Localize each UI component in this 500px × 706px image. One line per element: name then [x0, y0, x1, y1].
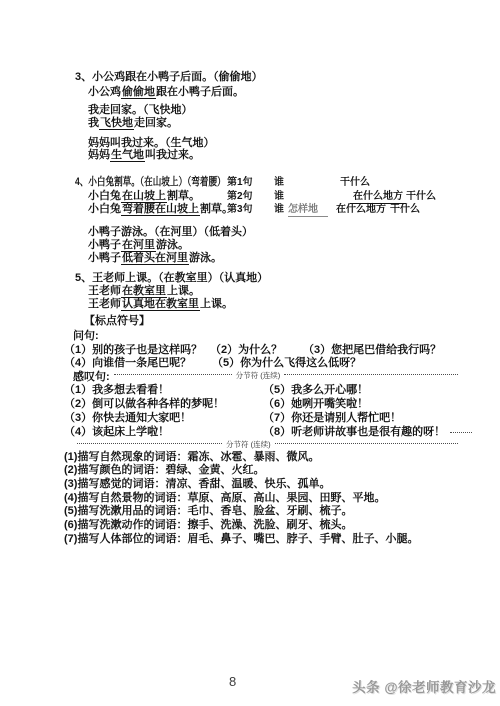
item5-answer-1: 王老师在教室里上课。 — [88, 285, 200, 298]
dotted-line — [284, 372, 458, 375]
text-segment: 小鸭子 — [88, 252, 121, 264]
what-label: 干什么 — [406, 190, 436, 203]
text-segment: 王老师 — [88, 298, 121, 310]
item5-answer-2: 王老师认真地在教室里上课。 — [88, 298, 233, 311]
dotted-line — [77, 441, 222, 444]
item3-question-1: 3、小公鸡跟在小鸭子后面。（偷偷地） — [75, 71, 263, 84]
who-label: 谁 — [274, 176, 284, 189]
question-item: （3）您把尾巴借给我行吗？ — [303, 344, 441, 357]
watermark: 头条 @徐老师教育沙龙 — [352, 676, 496, 696]
question-item: （2）为什么？ — [210, 344, 282, 357]
text-segment: 上课。 — [167, 285, 200, 297]
section-break-rule-1: 感叹句: 分节符 (连续) — [73, 369, 460, 382]
section-break-label: 分节符 (连续) — [224, 439, 273, 450]
what-label: 干什么 — [390, 203, 420, 216]
text-segment: 上课。 — [200, 298, 233, 310]
word-list-item: (5)描写洗漱用品的词语：毛巾、香皂、脸盆、牙刷、梳子。 — [64, 505, 352, 518]
exclamation-item: （7）你还是请别人帮忙吧！ — [263, 412, 401, 425]
underlined-segment: 弯着腰在山坡上 — [121, 203, 200, 216]
text-segment: 割草。 — [167, 190, 200, 202]
sentence-number-label: 第2句 — [227, 190, 253, 203]
worksheet-page: 3、小公鸡跟在小鸭子后面。（偷偷地） 小公鸡偷偷地跟在小鸭子后面。 我走回家。（… — [0, 0, 500, 706]
word-list-item: (1)描写自然现象的词语：霜冻、冰雹、暴雨、微风。 — [64, 451, 319, 464]
word-list-item: (7)描写人体部位的词语：眉毛、鼻子、嘴巴、脖子、手臂、肚子、小腿。 — [64, 533, 418, 546]
dotted-line — [114, 372, 232, 375]
sentence-number-label: 第1句 — [227, 176, 253, 189]
item3-answer-3: 妈妈生气地叫我过来。 — [88, 149, 200, 162]
underlined-segment: 飞快地 — [99, 117, 134, 130]
word-list-item: (2)描写颜色的词语：碧绿、金黄、火红。 — [64, 464, 264, 477]
text-segment: 王老师 — [88, 285, 121, 297]
dotted-line — [450, 430, 472, 433]
underlined-segment: 在教室里 — [121, 285, 167, 298]
exclamation-sentences-label: 感叹句: — [73, 368, 110, 384]
section-break-rule-2: 分节符 (连续) — [75, 438, 460, 451]
item5-question: 5、王老师上课。（在教室里）（认真地） — [75, 272, 268, 285]
item3-answer-1: 小公鸡偷偷地跟在小鸭子后面。 — [88, 86, 244, 99]
item4-sentence: 小白兔在山坡上割草。 — [88, 190, 200, 203]
text-segment: 游泳。 — [156, 239, 189, 251]
text-segment: 跟在小鸭子后面。 — [156, 86, 244, 98]
word-list-item: (6)描写洗漱动作的词语：擦手、洗澡、洗脸、刷牙、梳头。 — [64, 519, 352, 532]
underlined-segment: 在山坡上 — [121, 190, 167, 203]
text-segment: 小白兔 — [88, 203, 121, 215]
text-segment: 走回家。 — [134, 117, 178, 129]
who-label: 谁 — [274, 190, 284, 203]
underlined-segment: 在河里 — [121, 239, 156, 252]
question-item: （1）别的孩子也是这样吗？ — [64, 344, 202, 357]
item4-duck-answer-1: 小鸭子在河里游泳。 — [88, 239, 189, 252]
text-segment: 4、小白兔割草。（在山坡上）（弯着腰） — [75, 176, 226, 189]
word-list-item: (3)描写感觉的词语：清凉、香甜、温暖、快乐、孤单。 — [64, 478, 330, 491]
page-number: 8 — [229, 674, 236, 689]
exclamation-item: （2）倒可以做各种各样的梦呢！ — [64, 398, 224, 411]
underlined-segment: 低着头在河里 — [121, 252, 189, 265]
underlined-segment: 认真地在教室里 — [121, 298, 200, 311]
text-segment: 妈妈 — [88, 149, 110, 161]
exclamation-item: （6）她咧开嘴笑啦！ — [263, 398, 368, 411]
punctuation-heading: 【标点符号】 — [84, 315, 150, 328]
text-segment: 叫我过来。 — [145, 149, 200, 161]
word-list-item: (4)描写自然景物的词语：草原、高原、高山、果园、田野、平地。 — [64, 492, 385, 505]
sentence-number-label: 第3句 — [227, 203, 253, 216]
exclamation-item: （5）我多么开心哪！ — [263, 384, 368, 397]
how-label: 怎样地 — [288, 203, 328, 217]
text-segment: 小鸭子 — [88, 239, 121, 251]
exclamation-item: （3）你快去通知大家吧！ — [64, 412, 191, 425]
where-label: 在什么地方 — [336, 203, 386, 216]
exclamation-item: （1）我多想去看看！ — [64, 384, 169, 397]
question-sentences-label: 问句: — [73, 330, 99, 343]
text-segment: 游泳。 — [189, 252, 222, 264]
section-break-label: 分节符 (连续) — [234, 370, 283, 381]
item4-sentence: 小白兔弯着腰在山坡上割草。 — [88, 203, 233, 216]
item4-duck-question: 小鸭子游泳。（在河里）（低着头） — [88, 226, 253, 239]
item4-duck-answer-2: 小鸭子低着头在河里游泳。 — [88, 252, 222, 265]
dotted-line — [275, 441, 458, 444]
where-label: 在什么地方 — [350, 190, 406, 204]
who-label: 谁 — [274, 203, 284, 216]
item3-answer-2: 我飞快地走回家。 — [88, 117, 178, 130]
item3-question-2: 我走回家。（飞快地） — [88, 104, 193, 117]
text-segment: 小白兔 — [88, 190, 121, 202]
text-segment: 我 — [88, 117, 99, 129]
what-label: 干什么 — [340, 176, 370, 189]
underlined-segment: 生气地 — [110, 149, 145, 162]
text-segment: 小公鸡 — [88, 86, 121, 98]
underlined-segment: 偷偷地 — [121, 86, 156, 99]
text-segment: （8）听老师讲故事也是很有趣的呀！ — [263, 426, 445, 438]
